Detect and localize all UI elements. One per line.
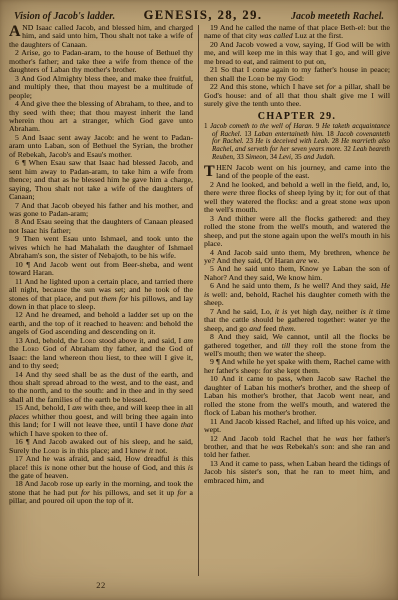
verse-paragraph: 16 ¶ And Jacob awaked out of his sleep, … xyxy=(9,438,193,455)
verse-paragraph: 17 And he was afraid, and said, How drea… xyxy=(9,455,193,480)
right-column: 19 And he called the name of that place … xyxy=(204,24,390,580)
verse-paragraph: 19 And he called the name of that place … xyxy=(204,24,390,41)
verse-text: ND Isaac called Jacob, and blessed him, … xyxy=(9,24,193,49)
verse-paragraph: 7 And he said, Lo, it is yet high day, n… xyxy=(204,308,390,333)
verse-paragraph: 3 And thither were all the flocks gather… xyxy=(204,215,390,249)
verse-paragraph: AND Isaac called Jacob, and blessed him,… xyxy=(9,24,193,49)
verse-paragraph: 22 And this stone, which I have set for … xyxy=(204,83,390,108)
verse-paragraph: 11 And Jacob kissed Rachel, and lifted u… xyxy=(204,418,390,435)
column-divider xyxy=(198,25,199,576)
verse-paragraph: 3 And God Almighty bless thee, and make … xyxy=(9,75,193,100)
verse-paragraph: 10 And it came to pass, when Jacob saw R… xyxy=(204,375,390,417)
verse-paragraph: 13 And it came to pass, when Laban heard… xyxy=(204,460,390,485)
book-chapter-title: GENESIS, 28, 29. xyxy=(144,8,263,23)
page-header: Vision of Jacob's ladder. GENESIS, 28, 2… xyxy=(14,8,384,23)
verse-paragraph: 8 And Esau seeing that the daughters of … xyxy=(9,218,193,235)
verse-paragraph: 12 And Jacob told Rachel that he was her… xyxy=(204,435,390,460)
bible-page: Vision of Jacob's ladder. GENESIS, 28, 2… xyxy=(0,0,398,600)
running-head-right: Jacob meeteth Rachel. xyxy=(291,11,384,22)
verse-paragraph: 2 Arise, go to Padan-aram, to the house … xyxy=(9,49,193,74)
verse-paragraph: 2 And he looked, and behold a well in th… xyxy=(204,181,390,215)
verse-paragraph: 5 And Isaac sent away Jacob: and he went… xyxy=(9,134,193,159)
verse-paragraph: 7 And that Jacob obeyed his father and h… xyxy=(9,202,193,219)
verse-paragraph: 15 And, behold, I am with thee, and will… xyxy=(9,404,193,438)
chapter-summary: 1 Jacob cometh to the well of Haran. 9 H… xyxy=(204,123,390,162)
verse-paragraph: 20 And Jacob vowed a vow, saying, If God… xyxy=(204,41,390,66)
verse-paragraph: 14 And thy seed shall be as the dust of … xyxy=(9,371,193,405)
verse-paragraph: 21 So that I come again to my father's h… xyxy=(204,66,390,83)
page-number: 22 xyxy=(9,580,193,590)
left-column: AND Isaac called Jacob, and blessed him,… xyxy=(9,24,193,580)
text-columns: AND Isaac called Jacob, and blessed him,… xyxy=(9,24,390,580)
drop-cap: T xyxy=(204,165,215,179)
verse-paragraph: 4 And give thee the blessing of Abraham,… xyxy=(9,100,193,134)
drop-cap: A xyxy=(9,25,21,39)
verse-paragraph: 6 ¶ When Esau saw that Isaac had blessed… xyxy=(9,159,193,201)
verse-paragraph: 9 Then went Esau unto Ishmael, and took … xyxy=(9,235,193,260)
verse-paragraph: 18 And Jacob rose up early in the mornin… xyxy=(9,480,193,505)
verse-paragraph: THEN Jacob went on his journey, and came… xyxy=(204,164,390,181)
verse-paragraph: 9 ¶ And while he yet spake with them, Ra… xyxy=(204,358,390,375)
verse-paragraph: 6 And he said unto them, Is he well? And… xyxy=(204,282,390,307)
running-head-left: Vision of Jacob's ladder. xyxy=(14,11,115,22)
chapter-heading: CHAPTER 29. xyxy=(204,113,390,121)
verse-paragraph: 10 ¶ And Jacob went out from Beer-sheba,… xyxy=(9,261,193,278)
verse-paragraph: 5 And he said unto them, Know ye Laban t… xyxy=(204,265,390,282)
verse-text: HEN Jacob went on his journey, and came … xyxy=(216,163,390,180)
verse-paragraph: 13 And, behold, the Lord stood above it,… xyxy=(9,337,193,371)
verse-paragraph: 11 And he lighted upon a certain place, … xyxy=(9,278,193,312)
verse-paragraph: 4 And Jacob said unto them, My brethren,… xyxy=(204,249,390,266)
verse-paragraph: 12 And he dreamed, and behold a ladder s… xyxy=(9,311,193,336)
verse-paragraph: 8 And they said, We cannot, until all th… xyxy=(204,333,390,358)
